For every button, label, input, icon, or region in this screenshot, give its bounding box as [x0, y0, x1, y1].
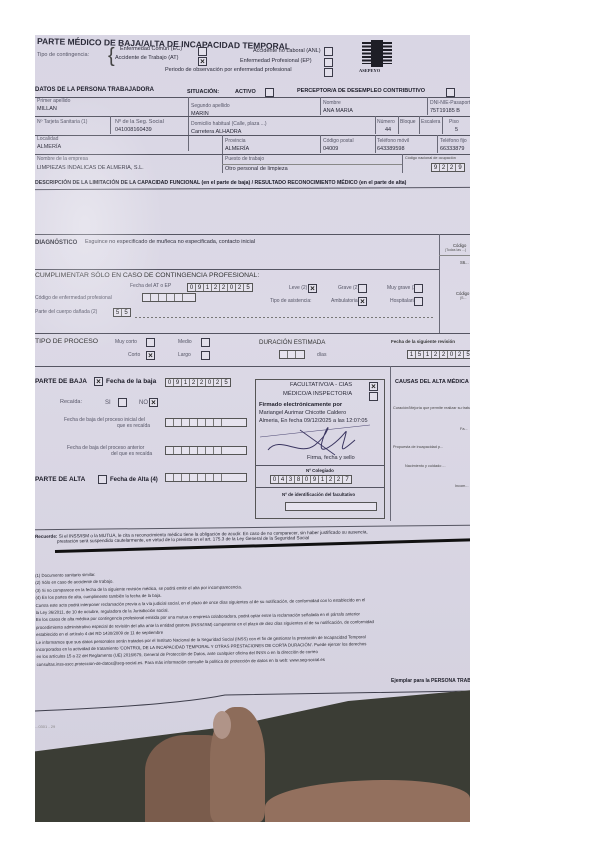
corto-label: Corto	[128, 353, 140, 358]
codigo-ep-digits[interactable]	[142, 293, 196, 302]
recaida-no-checkbox[interactable]: ×	[149, 398, 158, 407]
hospitalaria-label: Hospitalaria	[390, 299, 416, 304]
alta-checkbox[interactable]	[98, 475, 107, 484]
firma-label: Firma, fecha y sello	[307, 456, 355, 462]
brace: {	[108, 46, 115, 66]
escalera-label: Escalera	[421, 120, 440, 125]
domicilio-label: Domicilio habitual (Calle, plaza ...)	[191, 122, 267, 127]
provincia-label: Provincia	[225, 139, 246, 144]
dni-value: 75T19185 B	[430, 109, 460, 115]
seg-social-label: Nº de la Seg. Social	[115, 120, 164, 126]
contingency-ec-label: Enfermedad Común (EC)	[120, 47, 182, 53]
contingency-at-checkbox[interactable]: ×	[198, 57, 207, 66]
empresa-label: Nombre de la empresa	[37, 157, 88, 162]
largo-checkbox[interactable]	[201, 351, 210, 360]
activo-label: ACTIVO	[235, 90, 256, 96]
anterior-label-2: del que es recaída	[111, 452, 152, 457]
piso-value: 5	[455, 128, 458, 134]
contingency-observation-label: Periodo de observación por enfermedad pr…	[165, 68, 292, 74]
baja-title: PARTE DE BAJA	[35, 379, 87, 386]
numero-label: Número	[377, 120, 395, 125]
empresa-value: LIMPIEZAS INDALICAS DE ALMERIA, S.L.	[37, 166, 144, 172]
localidad-value: ALMERÍA	[37, 145, 61, 151]
form-code: ...0301 - 29	[35, 725, 55, 729]
corto-checkbox[interactable]: ×	[146, 351, 155, 360]
thumbnail	[213, 711, 231, 739]
provincia-value: ALMERÍA	[225, 147, 249, 153]
fold-line	[35, 685, 470, 715]
activo-checkbox[interactable]	[265, 88, 274, 97]
diagnosis-label: DIAGNÓSTICO	[35, 240, 77, 246]
leve-checkbox[interactable]: ×	[308, 284, 317, 293]
print-date-label: Fecha impresión:	[425, 706, 456, 710]
alta-cause-2: Fa...	[460, 428, 468, 432]
diagnosis-value: Esguince no especificado de muñeca no es…	[85, 240, 255, 246]
alta-title: PARTE DE ALTA	[35, 477, 85, 484]
dni-label: DNI-NIE-Pasaporte	[430, 101, 470, 106]
signed-label: Firmado electrónicamente por	[259, 403, 342, 409]
cias-label: FACULTATIVO/A - CIAS	[290, 383, 352, 389]
inspector-checkbox[interactable]	[369, 392, 378, 401]
recaida-no-label: NO	[139, 400, 148, 406]
telefono-movil-label: Teléfono móvil	[377, 139, 409, 144]
contingency-ep-checkbox[interactable]	[324, 58, 333, 67]
colegiado-label: Nº Colegiado	[306, 469, 334, 474]
contingency-anl-checkbox[interactable]	[324, 47, 333, 56]
codigo-ocupacion-label: Código nacional de ocupación	[405, 157, 456, 161]
parte-cuerpo-label: Parte del cuerpo dañada (2)	[35, 310, 97, 315]
document-photo: PARTE MÉDICO DE BAJA/ALTA DE INCAPACIDAD…	[35, 35, 470, 822]
parte-cuerpo-digits: 55	[113, 308, 131, 317]
nombre-label: Nombre	[323, 101, 341, 106]
primer-apellido-value: MILLAN	[37, 107, 57, 113]
colegiado-digits: 0438091227	[270, 475, 352, 484]
grave-label: Grave (2)	[338, 286, 359, 291]
cias-checkbox[interactable]: ×	[369, 382, 378, 391]
fecha-anterior-input[interactable]	[165, 446, 247, 455]
fecha-alta-input[interactable]	[165, 473, 247, 482]
next-review-label: Fecha de la siguiente revisión	[391, 340, 455, 345]
alta-cause-5: Incom...	[455, 485, 469, 489]
fecha-baja-label: Fecha de la baja	[106, 379, 156, 386]
alta-cause-3: Propuesta de incapacidad p...	[393, 446, 443, 450]
codigo-ep-label: Código de enfermedad profesional	[35, 296, 112, 301]
telefono-fijo-label: Teléfono fijo	[440, 139, 467, 144]
fecha-at-ep-label: Fecha del AT o EP	[130, 284, 171, 289]
nombre-value: ANA MARIA	[323, 109, 353, 115]
telefono-fijo-value: 66333879	[440, 147, 464, 153]
fecha-inicial-input[interactable]	[165, 418, 247, 427]
puesto-label: Puesto de trabajo	[225, 157, 264, 162]
codigo-postal-label: Código postal	[323, 139, 354, 144]
localidad-label: Localidad	[37, 137, 58, 142]
situation-label: SITUACIÓN:	[187, 90, 219, 96]
ambulatoria-label: Ambulatoria	[331, 299, 358, 304]
telefono-movil-value: 643389598	[377, 147, 405, 153]
piso-label: Piso	[449, 120, 459, 125]
diagnosis-code-value: S6...	[460, 261, 469, 265]
contingency-anl-label: Accidente no Laboral (ANL)	[253, 49, 321, 55]
medio-label: Medio	[178, 340, 192, 345]
hospitalaria-checkbox[interactable]	[414, 297, 423, 306]
leve-label: Leve (2)	[289, 286, 307, 291]
contingency-ec-checkbox[interactable]	[198, 47, 207, 56]
logo-text: ASEPEYO	[359, 69, 380, 74]
fecha-alta-label: Fecha de Alta (4)	[110, 477, 158, 483]
duration-input[interactable]	[279, 350, 305, 359]
puesto-value: Otro personal de limpieza	[225, 167, 288, 173]
inspector-label: MÉDICO/A INSPECTOR/A	[283, 392, 352, 398]
medio-checkbox[interactable]	[201, 338, 210, 347]
recaida-si-label: SI	[105, 400, 111, 406]
grave-checkbox[interactable]	[358, 284, 367, 293]
side-code-sub: (S...	[460, 297, 466, 301]
form-sheet: PARTE MÉDICO DE BAJA/ALTA DE INCAPACIDAD…	[35, 35, 470, 755]
facultativo-id-input[interactable]	[285, 502, 377, 511]
facultativo-id-label: Nº de identificación del facultativo	[282, 493, 355, 498]
contingency-at-label: Accidente de Trabajo (AT)	[115, 56, 178, 62]
signature-icon	[260, 415, 370, 460]
recaida-label: Recaída:	[60, 400, 82, 406]
muy-corto-checkbox[interactable]	[146, 338, 155, 347]
alta-causes-title: CAUSAS DEL ALTA MÉDICA	[395, 380, 469, 386]
ambulatoria-checkbox[interactable]: ×	[358, 297, 367, 306]
asistencia-label: Tipo de asistencia:	[270, 299, 312, 304]
seg-social-value: 041008160439	[115, 128, 152, 134]
bloque-label: Bloque	[400, 120, 416, 125]
alta-cause-4: Nacimiento y cuidado ...	[405, 465, 446, 469]
professional-title: CUMPLIMENTAR SÓLO EN CASO DE CONTINGENCI…	[35, 273, 259, 280]
alta-cause-1: Curación/Mejoría que permite realizar su…	[393, 407, 470, 411]
muy-grave-checkbox[interactable]	[414, 284, 423, 293]
fecha-baja-digits: 09122025	[165, 378, 231, 387]
codigo-ocupacion-digits: 9229	[431, 163, 465, 172]
primer-apellido-label: Primer apellido	[37, 99, 70, 104]
baja-checkbox[interactable]: ×	[94, 377, 103, 386]
logo-cross	[371, 40, 383, 67]
perceptor-label: PERCEPTOR/A DE DESEMPLEO CONTRIBUTIVO	[297, 89, 425, 95]
process-title: TIPO DE PROCESO	[35, 339, 98, 346]
contingency-ep-label: Enfermedad Profesional (EP)	[240, 59, 312, 65]
codigo-postal-value: 04009	[323, 147, 338, 153]
duration-title: DURACIÓN ESTIMADA	[259, 340, 325, 346]
segundo-apellido-label: Segundo apellido	[191, 104, 230, 109]
diagnosis-code-sub: (Todas las ...)	[445, 249, 466, 253]
next-review-digits: 15122025	[407, 350, 470, 359]
footnotes: (1) Documento sanitario similar.(2) Sólo…	[35, 564, 470, 668]
tarjeta-label: Nº Tarjeta Sanitaria (1)	[37, 120, 87, 125]
muy-corto-label: Muy corto	[115, 340, 137, 345]
numero-value: 44	[385, 128, 391, 134]
recaida-si-checkbox[interactable]	[118, 398, 127, 407]
duration-unit: días	[317, 353, 326, 358]
contingency-label: Tipo de contingencia:	[37, 53, 89, 59]
description-title: DESCRIPCIÓN DE LA LIMITACIÓN DE LA CAPAC…	[35, 181, 406, 186]
copy-label: Ejemplar para la PERSONA TRABAJADORA	[391, 679, 470, 684]
largo-label: Largo	[178, 353, 191, 358]
worker-section-title: DATOS DE LA PERSONA TRABAJADORA	[35, 87, 154, 93]
fecha-at-ep-digits: 09122025	[187, 283, 253, 292]
perceptor-checkbox[interactable]	[446, 88, 455, 97]
hand-palm	[265, 780, 470, 822]
inicial-label-2: que es recaída	[117, 424, 150, 429]
contingency-observation-checkbox[interactable]	[324, 68, 333, 77]
